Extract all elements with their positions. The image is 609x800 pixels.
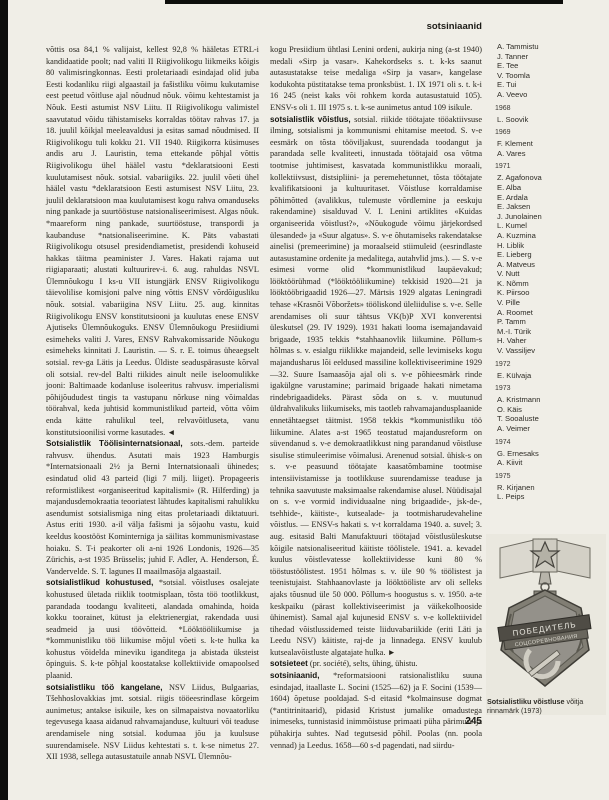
laureate-year: 1973	[495, 384, 603, 393]
laureate-name: A. Kristmann	[497, 395, 603, 405]
laureate-name: J. Junolainen	[497, 212, 603, 222]
laureate-year: 1968	[495, 104, 603, 113]
dictionary-entry: võttis osa 84,1 % valijaist, kellest 92,…	[46, 44, 259, 438]
laureate-name: H. Liblik	[497, 241, 603, 251]
laureate-name: V. Vassiljev	[497, 346, 603, 356]
column-left: võttis osa 84,1 % valijaist, kellest 92,…	[46, 44, 259, 763]
laureate-year: 1975	[495, 472, 603, 481]
laureate-year: 1974	[495, 438, 603, 447]
laureate-name: G. Ernesaks	[497, 449, 603, 459]
laureate-name: V. Nutt	[497, 269, 603, 279]
laureate-name: E. Tui	[497, 80, 603, 90]
encyclopedia-page: sotsiniaanid võttis osa 84,1 % valijaist…	[0, 0, 609, 800]
entry-headword: sotsieteet	[270, 659, 308, 668]
laureate-name: M.-I. Türik	[497, 327, 603, 337]
medal-illustration: ПОБЕДИТЕЛЬ СОЦСОРЕВНОВАНИЯ	[486, 534, 604, 694]
dictionary-entry: sotsialistliku töö kangelane, NSV Liidus…	[46, 682, 259, 763]
laureate-name: T. Sooaluste	[497, 414, 603, 424]
laureate-name: P. Tamm	[497, 317, 603, 327]
laureate-name: E. Ardala	[497, 193, 603, 203]
laureate-name: E. Lieberg	[497, 250, 603, 260]
laureate-name: A. Veevo	[497, 90, 603, 100]
laureate-name: A. Veimer	[497, 424, 603, 434]
dictionary-entry: kogu Presiidium ühtlasi Lenini ordeni, a…	[270, 44, 482, 114]
entry-headword: Sotsialistlik Töölisinternatsionaal,	[46, 439, 183, 448]
laureate-name: J. Tanner	[497, 52, 603, 62]
laureate-name: V. Pille	[497, 298, 603, 308]
laureate-name: Z. Agafonova	[497, 173, 603, 183]
left-edge-bar	[0, 0, 8, 800]
laureate-name: K. Piirsoo	[497, 288, 603, 298]
dictionary-entry: sotsiniaanid, *reformatsiooni ratsionali…	[270, 670, 482, 751]
laureate-name: A. Roomet	[497, 308, 603, 318]
laureate-name: O. Käis	[497, 405, 603, 415]
laureate-name: A. Matveus	[497, 260, 603, 270]
laureate-name: A. Kiivit	[497, 458, 603, 468]
entry-headword: sotsialistlik võistlus,	[270, 115, 351, 124]
laureate-name: K. Nõmm	[497, 279, 603, 289]
laureate-name: E. Külvaja	[497, 371, 603, 381]
entry-headword: sotsiniaanid,	[270, 671, 319, 680]
entry-headword: sotsialistliku töö kangelane,	[46, 683, 163, 692]
laureate-name: L. Peips	[497, 492, 603, 502]
page-number: 245	[270, 716, 482, 727]
medal-caption: Sotsialistliku võistluse võitja rinnamär…	[487, 697, 606, 715]
laureate-year: 1969	[495, 128, 603, 137]
laureate-name: A. Kuzmina	[497, 231, 603, 241]
laureate-year: 1972	[495, 360, 603, 369]
laureate-name: A. Tammistu	[497, 42, 603, 52]
top-edge-bar	[165, 0, 563, 4]
laureate-name: A. Vares	[497, 149, 603, 159]
laureate-name: L. Soovik	[497, 115, 603, 125]
laureate-name: E. Alba	[497, 183, 603, 193]
laureates-sidebar: A. TammistuJ. TannerE. TeeV. ToomlaE. Tu…	[497, 42, 603, 502]
laureate-name: L. Kumel	[497, 221, 603, 231]
medal-caption-bold: Sotsialistliku võistluse	[487, 697, 565, 706]
laureate-name: H. Vaher	[497, 336, 603, 346]
laureate-name: E. Tee	[497, 61, 603, 71]
dictionary-entry: sotsieteet (pr. société), selts, ühing, …	[270, 658, 482, 670]
column-middle: kogu Presiidium ühtlasi Lenini ordeni, a…	[270, 44, 482, 751]
dictionary-entry: sotsialistlikud kohustused, *sotsial. võ…	[46, 577, 259, 681]
laureate-name: F. Klement	[497, 139, 603, 149]
dictionary-entry: sotsialistlik võistlus, sotsial. riikide…	[270, 114, 482, 659]
dictionary-entry: Sotsialistlik Töölisinternatsionaal, sot…	[46, 438, 259, 577]
laureate-year: 1971	[495, 162, 603, 171]
entry-headword: sotsialistlikud kohustused,	[46, 578, 153, 587]
laureate-name: E. Jaksen	[497, 202, 603, 212]
running-head: sotsiniaanid	[270, 21, 482, 32]
laureate-name: V. Toomla	[497, 71, 603, 81]
laureate-name: R. Kirjanen	[497, 483, 603, 493]
medal-figure: ПОБЕДИТЕЛЬ СОЦСОРЕВНОВАНИЯ Sotsialistlik…	[486, 534, 606, 715]
